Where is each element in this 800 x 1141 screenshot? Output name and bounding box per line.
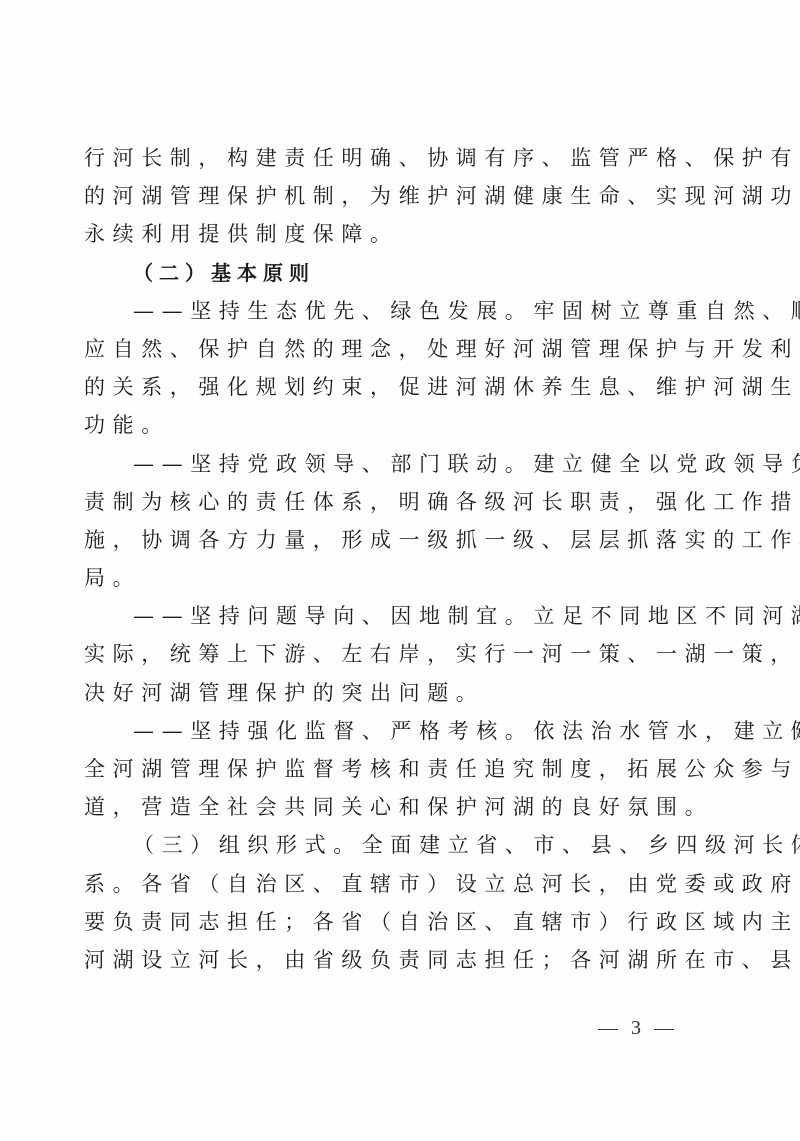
text-line: 的河湖管理保护机制，为维护河湖健康生命、实现河湖功能 <box>84 177 694 215</box>
text-line: 要负责同志担任；各省（自治区、直辖市）行政区域内主要 <box>84 903 694 941</box>
text-line: 决好河湖管理保护的突出问题。 <box>84 674 694 712</box>
body-text: 行河长制，构建责任明确、协调有序、监管严格、保护有力 的河湖管理保护机制，为维护… <box>84 139 694 979</box>
text-line: 永续利用提供制度保障。 <box>84 215 694 253</box>
text-line: 行河长制，构建责任明确、协调有序、监管严格、保护有力 <box>84 139 694 177</box>
document-page: 行河长制，构建责任明确、协调有序、监管严格、保护有力 的河湖管理保护机制，为维护… <box>0 0 800 1141</box>
text-line: ——坚持问题导向、因地制宜。立足不同地区不同河湖 <box>84 597 694 635</box>
page-number: — 3 — <box>598 1017 678 1040</box>
text-line: 应自然、保护自然的理念，处理好河湖管理保护与开发利用 <box>84 330 694 368</box>
text-line: ——坚持强化监督、严格考核。依法治水管水，建立健 <box>84 712 694 750</box>
text-line: （三）组织形式。全面建立省、市、县、乡四级河长体 <box>84 826 694 864</box>
text-line: 的关系，强化规划约束，促进河湖休养生息、维护河湖生态 <box>84 368 694 406</box>
text-line: 责制为核心的责任体系，明确各级河长职责，强化工作措 <box>84 483 694 521</box>
text-line: 河湖设立河长，由省级负责同志担任；各河湖所在市、县、 <box>84 941 694 979</box>
text-line: 局。 <box>84 559 694 597</box>
text-line: ——坚持党政领导、部门联动。建立健全以党政领导负 <box>84 445 694 483</box>
text-line: 实际，统筹上下游、左右岸，实行一河一策、一湖一策，解 <box>84 635 694 673</box>
text-line: 全河湖管理保护监督考核和责任追究制度，拓展公众参与渠 <box>84 750 694 788</box>
section-heading: （二）基本原则 <box>84 254 694 292</box>
text-line: 道，营造全社会共同关心和保护河湖的良好氛围。 <box>84 788 694 826</box>
text-line: 施，协调各方力量，形成一级抓一级、层层抓落实的工作格 <box>84 521 694 559</box>
text-line: 功能。 <box>84 406 694 444</box>
text-line: ——坚持生态优先、绿色发展。牢固树立尊重自然、顺 <box>84 292 694 330</box>
text-line: 系。各省（自治区、直辖市）设立总河长，由党委或政府主 <box>84 865 694 903</box>
